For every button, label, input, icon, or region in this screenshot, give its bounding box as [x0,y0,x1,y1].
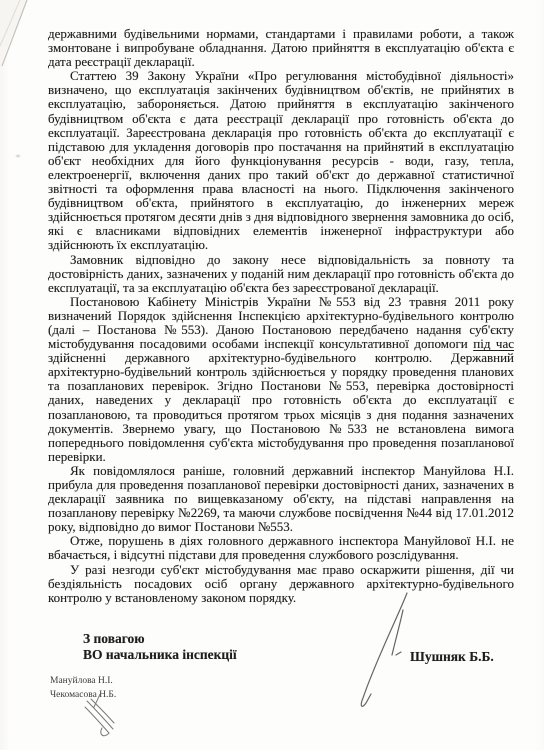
closing-salutation: З повагою [83,631,237,647]
letter-body: державними будівельними нормами, стандар… [48,27,514,605]
paragraph-2: Статтею 39 Закону України «Про регулюван… [48,69,514,252]
paragraph-4-underlined-phrase: під час [473,336,514,351]
paragraph-4-part-2: здійсненні державного архітектурно-будів… [48,350,514,464]
page-corner-crease [0,0,42,80]
paragraph-3: Замовник відповідно до закону несе відпо… [48,253,514,295]
scanned-letter-page: державними будівельними нормами, стандар… [0,0,544,750]
paragraph-1: державними будівельними нормами, стандар… [48,27,514,69]
paragraph-6: Отже, порушень в діях головного державно… [48,534,514,562]
executor-name-1: Мануйлова Н.І. [50,675,116,689]
paragraph-5: Як повідомлялося раніше, головний держав… [48,464,514,534]
paragraph-4-part-1: Постановою Кабінету Міністрів України №5… [48,294,514,351]
paragraph-4: Постановою Кабінету Міністрів України №5… [48,295,514,464]
paragraph-7: У разі незгоди суб'єкт містобудування ма… [48,563,514,605]
signer-title: ВО начальника інспекції [83,647,237,663]
executor-handwritten-mark [80,694,128,744]
closing-block: З повагою ВО начальника інспекції [83,631,237,663]
signer-name: Шушняк Б.Б. [410,649,494,665]
scan-smudge [15,154,21,158]
